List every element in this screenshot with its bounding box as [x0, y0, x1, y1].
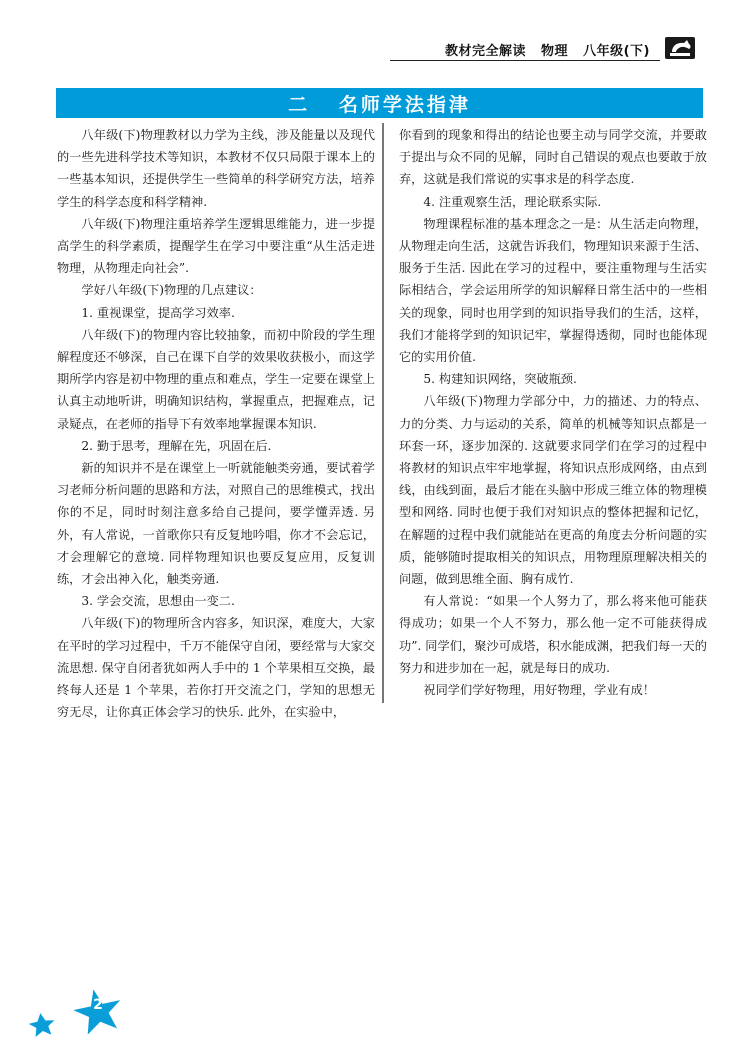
paragraph: 学好八年级(下)物理的几点建议：	[57, 279, 375, 301]
page-number: 2	[88, 997, 108, 1013]
paragraph: 八年级(下)的物理所含内容多，知识深，难度大，大家在平时的学习过程中，千万不能保…	[57, 612, 375, 723]
paragraph: 有人常说：“如果一个人努力了，那么将来他可能获得成功；如果一个人不努力，那么他一…	[399, 590, 707, 679]
suggestion-heading-5: 5. 构建知识网络，突破瓶颈.	[399, 368, 707, 390]
publisher-logo-icon	[665, 37, 695, 59]
suggestion-heading-2: 2. 勤于思考，理解在先，巩固在后.	[57, 435, 375, 457]
star-icon	[20, 985, 160, 1055]
header-title: 教材完全解读 物理 八年级(下)	[445, 40, 650, 59]
paragraph: 新的知识并不是在课堂上一听就能触类旁通，要试着学习老师分析问题的思路和方法，对照…	[57, 457, 375, 590]
paragraph-continuation: 你看到的现象和得出的结论也要主动与同学交流，并要敢于提出与众不同的见解，同时自己…	[399, 124, 707, 191]
paragraph: 八年级(下)物理力学部分中，力的描述、力的特点、力的分类、力与运动的关系，简单的…	[399, 390, 707, 590]
section-title: 二 名师学法指津	[288, 90, 471, 117]
column-divider	[382, 123, 384, 703]
paragraph: 八年级(下)物理教材以力学为主线，涉及能量以及现代的一些先进科学技术等知识，本教…	[57, 124, 375, 213]
page-number-badge: 2	[20, 985, 160, 1055]
suggestion-heading-4: 4. 注重观察生活，理论联系实际.	[399, 191, 707, 213]
suggestion-heading-1: 1. 重视课堂，提高学习效率.	[57, 302, 375, 324]
paragraph: 八年级(下)物理注重培养学生逻辑思维能力，进一步提高学生的科学素质，提醒学生在学…	[57, 213, 375, 280]
left-column: 八年级(下)物理教材以力学为主线，涉及能量以及现代的一些先进科学技术等知识，本教…	[57, 124, 375, 723]
right-column: 你看到的现象和得出的结论也要主动与同学交流，并要敢于提出与众不同的见解，同时自己…	[399, 124, 707, 701]
paragraph: 八年级(下)的物理内容比较抽象，而初中阶段的学生理解程度还不够深，自己在课下自学…	[57, 324, 375, 435]
running-header: 教材完全解读 物理 八年级(下)	[390, 38, 660, 61]
suggestion-heading-3: 3. 学会交流，思想由一变二.	[57, 590, 375, 612]
section-title-bar: 二 名师学法指津	[56, 88, 703, 118]
paragraph: 物理课程标准的基本理念之一是：从生活走向物理，从物理走向生活，这就告诉我们，物理…	[399, 213, 707, 368]
closing-line: 祝同学们学好物理，用好物理，学业有成！	[399, 679, 707, 701]
